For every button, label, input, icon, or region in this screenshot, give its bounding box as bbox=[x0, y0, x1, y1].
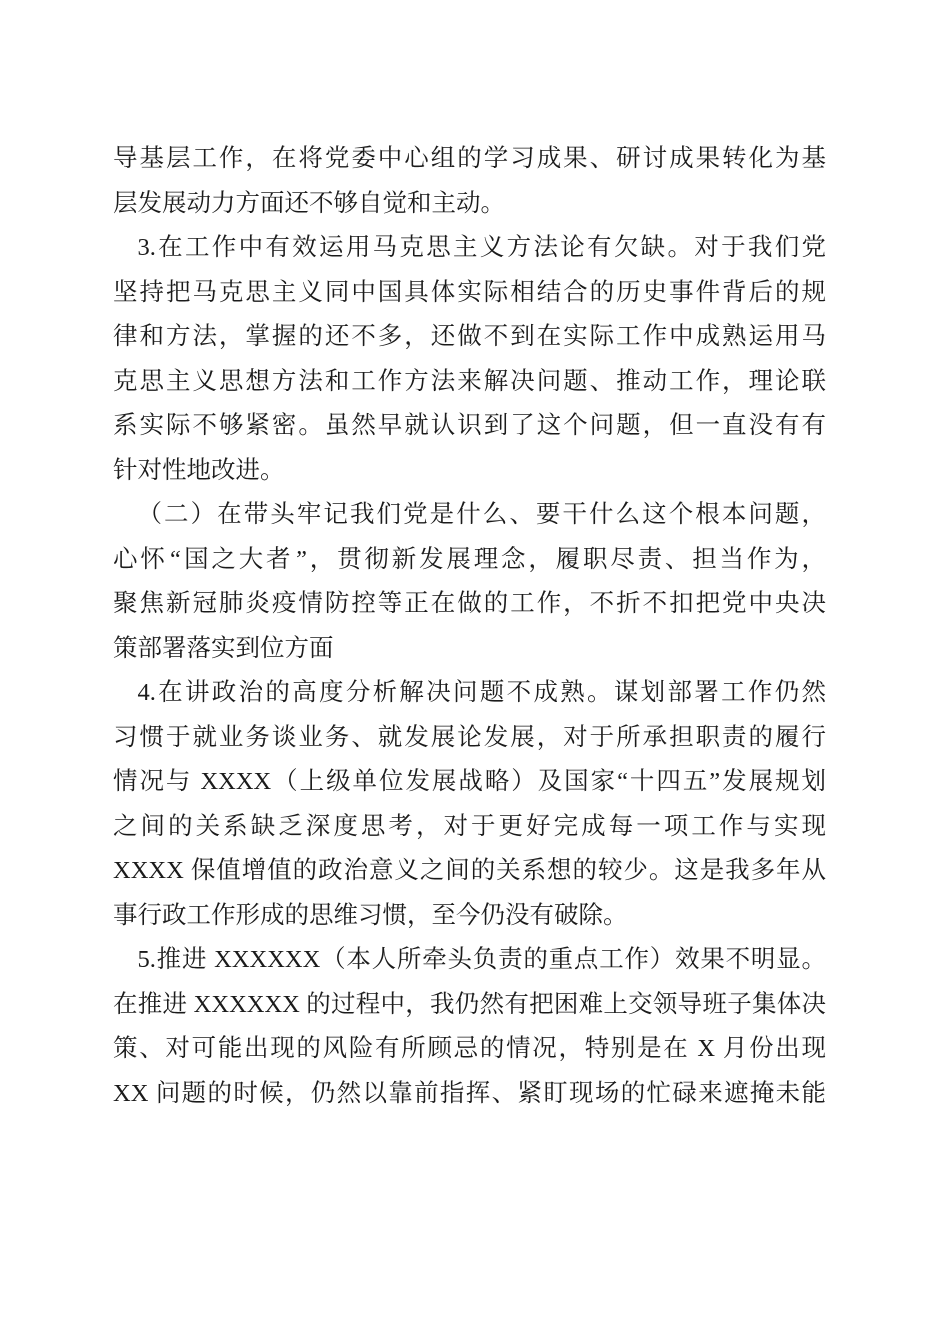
text-line: 心怀“国之大者”，贯彻新发展理念，履职尽责、担当作为， bbox=[113, 538, 826, 583]
text-line: 策、对可能出现的风险有所顾忌的情况，特别是在 X 月份出现 bbox=[113, 1027, 826, 1072]
paragraph-continuation: 导基层工作，在将党委中心组的学习成果、研讨成果转化为基层发展动力方面还不够自觉和… bbox=[113, 137, 826, 226]
text-line: 习惯于就业务谈业务、就发展论发展，对于所承担职责的履行 bbox=[113, 716, 826, 761]
text-line: 之间的关系缺乏深度思考，对于更好完成每一项工作与实现 bbox=[113, 805, 826, 850]
text-line: 针对性地改进。 bbox=[113, 449, 826, 494]
text-line: 坚持把马克思主义同中国具体实际相结合的历史事件背后的规 bbox=[113, 271, 826, 316]
text-column: 导基层工作，在将党委中心组的学习成果、研讨成果转化为基层发展动力方面还不够自觉和… bbox=[113, 137, 826, 1116]
text-line: 聚焦新冠肺炎疫情防控等正在做的工作，不折不扣把党中央决 bbox=[113, 582, 826, 627]
text-line: XX 问题的时候，仍然以靠前指挥、紧盯现场的忙碌来遮掩未能 bbox=[113, 1072, 826, 1117]
section-heading-2: （二）在带头牢记我们党是什么、要干什么这个根本问题，心怀“国之大者”，贯彻新发展… bbox=[113, 493, 826, 671]
text-line: 层发展动力方面还不够自觉和主动。 bbox=[113, 182, 826, 227]
text-line: 导基层工作，在将党委中心组的学习成果、研讨成果转化为基 bbox=[113, 137, 826, 182]
text-line: 克思主义思想方法和工作方法来解决问题、推动工作，理论联 bbox=[113, 360, 826, 405]
text-line: 情况与 XXXX（上级单位发展战略）及国家“十四五”发展规划 bbox=[113, 760, 826, 805]
document-page: 导基层工作，在将党委中心组的学习成果、研讨成果转化为基层发展动力方面还不够自觉和… bbox=[0, 0, 950, 1344]
paragraph-item-5: 5.推进 XXXXXX（本人所牵头负责的重点工作）效果不明显。在推进 XXXXX… bbox=[113, 938, 826, 1116]
text-line: 律和方法，掌握的还不多，还做不到在实际工作中成熟运用马 bbox=[113, 315, 826, 360]
text-line: 4.在讲政治的高度分析解决问题不成熟。谋划部署工作仍然 bbox=[113, 671, 826, 716]
text-line: 在推进 XXXXXX 的过程中，我仍然有把困难上交领导班子集体决 bbox=[113, 983, 826, 1028]
text-line: 3.在工作中有效运用马克思主义方法论有欠缺。对于我们党 bbox=[113, 226, 826, 271]
text-line: （二）在带头牢记我们党是什么、要干什么这个根本问题， bbox=[113, 493, 826, 538]
text-line: 5.推进 XXXXXX（本人所牵头负责的重点工作）效果不明显。 bbox=[113, 938, 826, 983]
text-line: 系实际不够紧密。虽然早就认识到了这个问题，但一直没有有 bbox=[113, 404, 826, 449]
paragraph-item-4: 4.在讲政治的高度分析解决问题不成熟。谋划部署工作仍然习惯于就业务谈业务、就发展… bbox=[113, 671, 826, 938]
text-line: XXXX 保值增值的政治意义之间的关系想的较少。这是我多年从 bbox=[113, 849, 826, 894]
text-line: 事行政工作形成的思维习惯，至今仍没有破除。 bbox=[113, 894, 826, 939]
text-line: 策部署落实到位方面 bbox=[113, 627, 826, 672]
paragraph-item-3: 3.在工作中有效运用马克思主义方法论有欠缺。对于我们党坚持把马克思主义同中国具体… bbox=[113, 226, 826, 493]
